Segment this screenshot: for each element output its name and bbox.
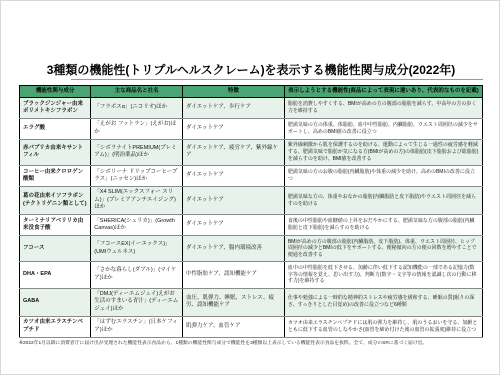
table-row: 赤パプリカ由来キサントフィル「シボラナイトPREMIUM(プレミアム)」(明治薬… (20, 139, 483, 165)
cell-product: 「シボリーナ ドリップコーヒープラス」(ニッセン)ほか (91, 166, 183, 187)
cell-ingredient: GABA (20, 288, 91, 316)
cell-feature: ダイエットケア、腸内環境改善 (182, 236, 284, 262)
cell-claim: 肥満気味の方の体重、体脂肪、血中中性脂肪、内臓脂肪、ウエスト周囲径の減少をサポー… (284, 118, 482, 139)
header-ingredient: 機能性関与成分 (20, 86, 91, 98)
table-header-row: 機能性関与成分 主な商品名と社名 特徴 表示しようとする機能性(商品によって表現… (20, 86, 483, 98)
cell-product: 「SHERICA(シェリカ)」(Growth Canvas)ほか (91, 215, 183, 236)
cell-claim: 脂肪を消費しやすくする、BMIが高めの方の腹部の脂肪を減らす、中高年の方の歩く力… (284, 98, 482, 119)
cell-product: 「X4 SLIM(エックスフォー スリム)」(プレミアアンチエイジング)ほか (91, 186, 183, 214)
title-underline (71, 79, 483, 80)
header-feature: 特徴 (182, 86, 284, 98)
ingredients-table: 機能性関与成分 主な商品名と社名 特徴 表示しようとする機能性(商品によって表現… (19, 85, 483, 338)
table-row: コーヒー由来クロロゲン酸類「シボリーナ ドリップコーヒープラス」(ニッセン)ほか… (20, 166, 483, 187)
cell-product: 「えがお フットラン」(えがお)ほか (91, 118, 183, 139)
cell-feature: ダイエットケア、疲労ケア、紫外線ケア (182, 139, 284, 165)
page-title: 3種類の機能性(トリプルヘルスクレーム)を表示する機能性関与成分(2022年) (19, 63, 483, 77)
cell-ingredient: DHA・EPA (20, 262, 91, 288)
cell-claim: 肥満気味の方のお腹の脂肪(内臓脂肪)や体重の減少を助け、高めのBMIの改善に役立… (284, 166, 482, 187)
cell-claim: 血中の中性脂肪を低下させる、加齢に伴い低下する認知機能の一部である記憶力(数字等… (284, 262, 482, 288)
document-page: 3種類の機能性(トリプルヘルスクレーム)を表示する機能性関与成分(2022年) … (0, 0, 500, 375)
cell-ingredient: ブラックジンジャー由来ポリメトキシフラボン (20, 98, 91, 119)
cell-claim: 食後の中性脂肪や血糖値の上昇をおだやかにする、肥満気味な方の腹部の脂肪(内臓脂肪… (284, 215, 482, 236)
cell-ingredient: フコース (20, 236, 91, 262)
header-claim: 表示しようとする機能性(商品によって表現に違いあり、代表的なものを記載) (284, 86, 482, 98)
table-body: ブラックジンジャー由来ポリメトキシフラボン「フラボスα」(ニコリオ)ほかダイエッ… (20, 98, 483, 338)
table-row: エラグ酸「えがお フットラン」(えがお)ほかダイエットケア肥満気味の方の体重、体… (20, 118, 483, 139)
cell-ingredient: ターミナリアベリリカ由来没食子酸 (20, 215, 91, 236)
header-product: 主な商品名と社名 (91, 86, 183, 98)
cell-product: 「DMJ(ディーエムジェイ)えがお生活のすまいる青汁」(ディーエムジェイ)ほか (91, 288, 183, 316)
cell-claim: 仕事や勉強による一時的な精神的ストレスや疲労感を緩和する、睡眠の質(眠りの深さ、… (284, 288, 482, 316)
cell-feature: 血圧、肌弾力、睡眠、ストレス、疲労、認知機能ケア (182, 288, 284, 316)
table-row: 葛の花由来イソフラボン(テクトリゲニン類として)「X4 SLIM(エックスフォー… (20, 186, 483, 214)
cell-ingredient: コーヒー由来クロロゲン酸類 (20, 166, 91, 187)
table-row: GABA「DMJ(ディーエムジェイ)えがお生活のすまいる青汁」(ディーエムジェイ… (20, 288, 483, 316)
cell-claim: 紫外線刺激から肌を保護するのを助ける、運動によって生じる一過性の疲労感を軽減する… (284, 139, 482, 165)
cell-ingredient: エラグ酸 (20, 118, 91, 139)
footnote: ※2022年1月以降に消費者庁に届け出が受理された機能性表示食品から、1種類の機… (19, 341, 483, 347)
cell-feature: 中性脂肪ケア、認知機能ケア (182, 262, 284, 288)
cell-ingredient: 赤パプリカ由来キサントフィル (20, 139, 91, 165)
cell-product: 「フラボスα」(ニコリオ)ほか (91, 98, 183, 119)
cell-feature: 肌弾力ケア、血管ケア (182, 316, 284, 337)
cell-feature: ダイエットケア (182, 166, 284, 187)
cell-product: 「さかな暮らし(ダブル)」(マイケア)ほか (91, 262, 183, 288)
cell-feature: ダイエットケア (182, 186, 284, 214)
cell-feature: ダイエットケア (182, 215, 284, 236)
cell-claim: カツオ由来エラスチンペプチドには肌の弾力を維持し、肌のうるおいを守る、加齢ととも… (284, 316, 482, 337)
cell-ingredient: 葛の花由来イソフラボン(テクトリゲニン類として) (20, 186, 91, 214)
cell-product: 「シボラナイトPREMIUM(プレミアム)」(明治薬品)ほか (91, 139, 183, 165)
table-row: ブラックジンジャー由来ポリメトキシフラボン「フラボスα」(ニコリオ)ほかダイエッ… (20, 98, 483, 119)
cell-product: 「フコースEX(イーエックス)」(UMIウェルネス) (91, 236, 183, 262)
cell-claim: 肥満気味な方の、体重やおなかの脂肪(内臓脂肪と皮下脂肪)やウエスト周囲径を減らす… (284, 186, 482, 214)
table-row: ターミナリアベリリカ由来没食子酸「SHERICA(シェリカ)」(Growth C… (20, 215, 483, 236)
cell-feature: ダイエットケア (182, 118, 284, 139)
cell-product: 「はずむエラスチン」(日本ケフィア)ほか (91, 316, 183, 337)
cell-claim: BMIが高めの方の腹部の脂肪(内臓脂肪、皮下脂肪)、体重、ウエスト周囲径、ヒップ… (284, 236, 482, 262)
cell-ingredient: カツオ由来エラスチンペプチド (20, 316, 91, 337)
cell-feature: ダイエットケア、歩行ケア (182, 98, 284, 119)
table-row: DHA・EPA「さかな暮らし(ダブル)」(マイケア)ほか中性脂肪ケア、認知機能ケ… (20, 262, 483, 288)
table-row: カツオ由来エラスチンペプチド「はずむエラスチン」(日本ケフィア)ほか肌弾力ケア、… (20, 316, 483, 337)
table-sheet: 3種類の機能性(トリプルヘルスクレーム)を表示する機能性関与成分(2022年) … (19, 63, 483, 347)
table-row: フコース「フコースEX(イーエックス)」(UMIウェルネス)ダイエットケア、腸内… (20, 236, 483, 262)
